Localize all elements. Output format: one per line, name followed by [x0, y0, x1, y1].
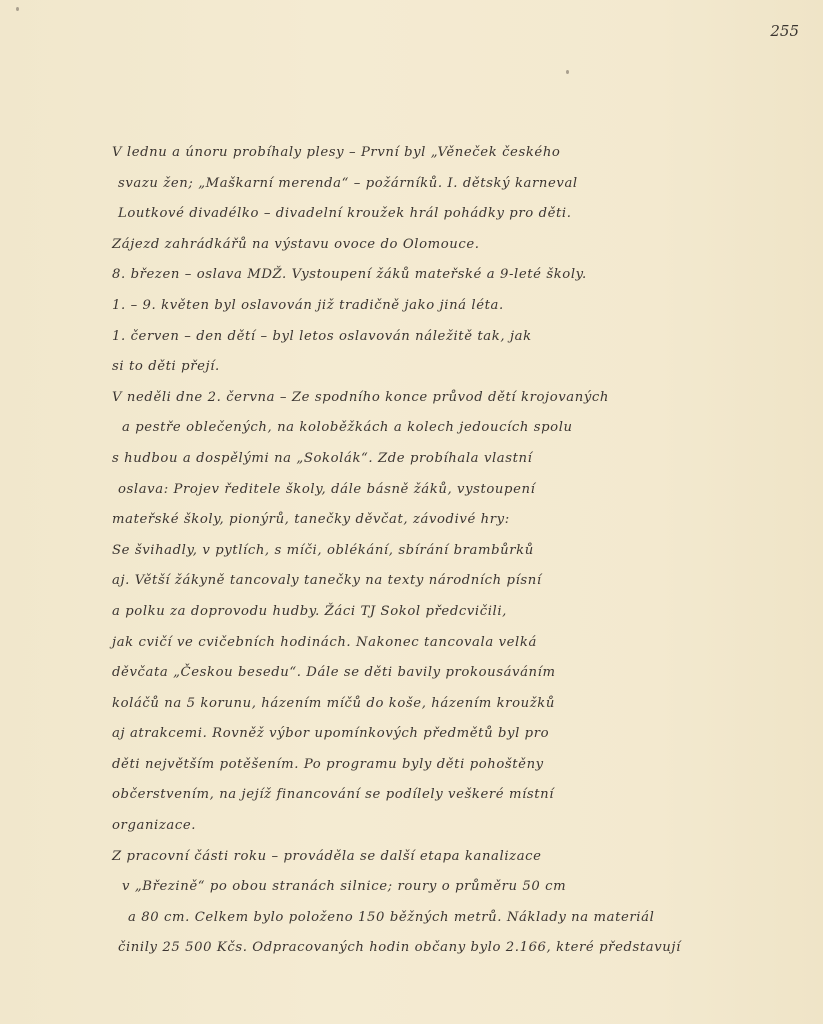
text-line: organizace. — [112, 811, 732, 842]
text-line: V neděli dne 2. června – Ze spodního kon… — [112, 383, 732, 414]
text-line: jak cvičí ve cvičebních hodinách. Nakone… — [112, 628, 732, 659]
handwritten-chronicle-text: V lednu a únoru probíhaly plesy – První … — [112, 138, 732, 964]
paper-speck — [566, 70, 569, 74]
paper-speck — [16, 7, 19, 11]
text-line: 8. březen – oslava MDŽ. Vystoupení žáků … — [112, 260, 732, 291]
text-line: si to děti přejí. — [112, 352, 732, 383]
text-line: Se švihadly, v pytlích, s míči, oblékání… — [112, 536, 732, 567]
text-line: Zájezd zahrádkářů na výstavu ovoce do Ol… — [112, 230, 732, 261]
text-line: a pestře oblečených, na koloběžkách a ko… — [112, 413, 732, 444]
text-line: v „Březině“ po obou stranách silnice; ro… — [112, 872, 732, 903]
text-line: 1. – 9. květen byl oslavován již tradičn… — [112, 291, 732, 322]
text-line: děti největším potěšením. Po programu by… — [112, 750, 732, 781]
text-line: mateřské školy, pionýrů, tanečky děvčat,… — [112, 505, 732, 536]
text-line: s hudbou a dospělými na „Sokolák“. Zde p… — [112, 444, 732, 475]
text-line: občerstvením, na jejíž financování se po… — [112, 780, 732, 811]
text-line: 1. červen – den dětí – byl letos oslavov… — [112, 322, 732, 353]
text-line: aj atrakcemi. Rovněž výbor upomínkových … — [112, 719, 732, 750]
text-line: koláčů na 5 korunu, házením míčů do koše… — [112, 689, 732, 720]
page-number: 255 — [770, 22, 799, 40]
text-line: Loutkové divadélko – divadelní kroužek h… — [112, 199, 732, 230]
text-line: děvčata „Českou besedu“. Dále se děti ba… — [112, 658, 732, 689]
text-line: a polku za doprovodu hudby. Žáci TJ Soko… — [112, 597, 732, 628]
document-page: 255 V lednu a únoru probíhaly plesy – Pr… — [0, 0, 823, 1024]
text-line: V lednu a únoru probíhaly plesy – První … — [112, 138, 732, 169]
text-line: svazu žen; „Maškarní merenda“ – požárník… — [112, 169, 732, 200]
text-line: Z pracovní části roku – prováděla se dal… — [112, 842, 732, 873]
text-line: aj. Větší žákyně tancovaly tanečky na te… — [112, 566, 732, 597]
text-line: a 80 cm. Celkem bylo položeno 150 běžnýc… — [112, 903, 732, 934]
text-line: oslava: Projev ředitele školy, dále básn… — [112, 475, 732, 506]
text-line: činily 25 500 Kčs. Odpracovaných hodin o… — [112, 933, 732, 964]
